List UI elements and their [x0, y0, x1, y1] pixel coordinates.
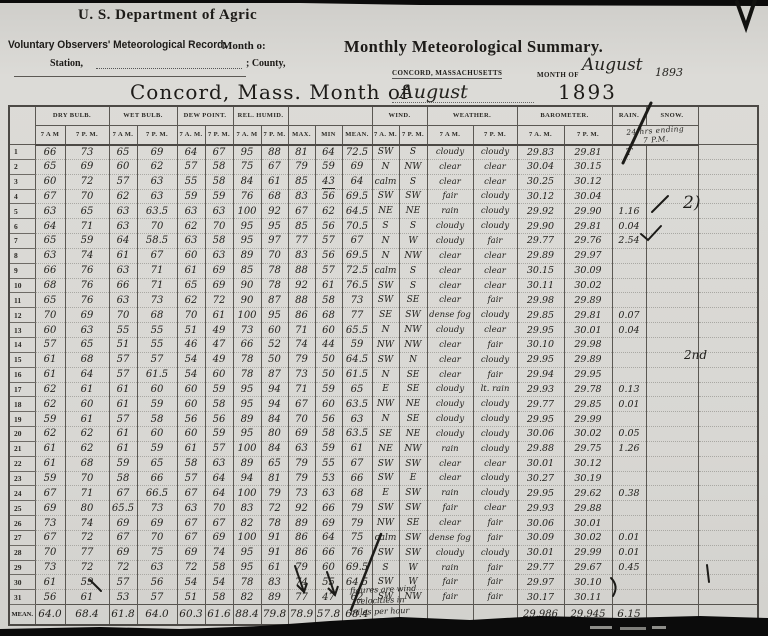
cell-mean: 77 [342, 308, 372, 323]
sub-header: 7 P. M. [564, 125, 612, 145]
cell-dry-7am: 62 [35, 427, 65, 442]
cell-snow [646, 263, 698, 278]
cell-dry-7pm: 61 [65, 382, 109, 397]
cell-wet-7am: 70 [109, 308, 137, 323]
cell-mean: 69.5 [342, 560, 372, 575]
cell-weather-7am: fair [427, 590, 473, 605]
day-number: 24 [9, 486, 35, 501]
cell-weather-7pm: cloudy [473, 427, 517, 442]
scan-smudge-2 [620, 627, 646, 630]
cell-weather-7pm: fair [473, 590, 517, 605]
day-row: 297372726372589561796069.5SWrainfair29.7… [9, 560, 758, 575]
mean-dry-7pm: 68.4 [65, 605, 109, 625]
cell-wind-7am: NW [372, 516, 399, 531]
cell-weather-7pm: fair [473, 530, 517, 545]
cell-margin [698, 308, 758, 323]
cell-humid-7am: 73 [233, 323, 261, 338]
cell-min: 56 [315, 189, 342, 204]
cell-bar-7pm: 29.89 [564, 352, 612, 367]
cell-dew-7am: 62 [177, 293, 205, 308]
cell-dry-7pm: 62 [65, 427, 109, 442]
cell-bar-7pm: 30.19 [564, 471, 612, 486]
cell-mean: 69 [342, 159, 372, 174]
day-number: 9 [9, 263, 35, 278]
cell-wind-7pm: NW [399, 248, 427, 263]
cell-dry-7am: 68 [35, 278, 65, 293]
summary-title: Monthly Meteorological Summary. [344, 37, 603, 57]
mean-dew-7am: 60.3 [177, 605, 205, 625]
cell-wind-7am: NW [372, 397, 399, 412]
day-row: 16673656964679588816472.5SWScloudycloudy… [9, 145, 758, 160]
cell-dew-7am: 72 [177, 560, 205, 575]
cell-bar-7pm: 29.81 [564, 308, 612, 323]
cell-wind-7pm: NW [399, 159, 427, 174]
cell-weather-7am: fair [427, 189, 473, 204]
cell-bar-7am: 30.04 [517, 159, 564, 174]
cell-mean: 70.5 [342, 219, 372, 234]
cell-weather-7am: cloudy [427, 219, 473, 234]
cell-weather-7am: clear [427, 337, 473, 352]
cell-dew-7am: 56 [177, 412, 205, 427]
mean-max: 78.9 [288, 605, 315, 625]
cell-rain [612, 337, 646, 352]
cell-min: 60 [315, 560, 342, 575]
cell-rain [612, 293, 646, 308]
day-number: 13 [9, 323, 35, 338]
cell-weather-7am: clear [427, 248, 473, 263]
cell-wet-7am: 63 [109, 263, 137, 278]
cell-humid-7am: 95 [233, 560, 261, 575]
cell-mean: 69.5 [342, 189, 372, 204]
cell-dry-7pm: 59 [65, 234, 109, 249]
cell-humid-7pm: 70 [261, 248, 288, 263]
cell-humid-7am: 76 [233, 189, 261, 204]
cell-humid-7pm: 94 [261, 397, 288, 412]
cell-wet-7pm: 63 [137, 189, 177, 204]
sub-header: 7 A. M [233, 125, 261, 145]
cell-wet-7pm: 56 [137, 575, 177, 590]
sub-header: 7 P. M. [473, 125, 517, 145]
cell-min: 50 [315, 367, 342, 382]
cell-wet-7am: 72 [109, 560, 137, 575]
day-number: 5 [9, 204, 35, 219]
cell-weather-7am: clear [427, 456, 473, 471]
cell-humid-7am: 66 [233, 337, 261, 352]
cell-humid-7pm: 95 [261, 219, 288, 234]
cell-weather-7am: cloudy [427, 323, 473, 338]
cell-margin [698, 456, 758, 471]
sub-header: 7 P. M. [261, 125, 288, 145]
cell-wind-7pm: SW [399, 530, 427, 545]
cell-bar-7am: 30.09 [517, 530, 564, 545]
cell-humid-7am: 89 [233, 248, 261, 263]
cell-wet-7pm: 63.5 [137, 204, 177, 219]
cell-snow [646, 293, 698, 308]
day-row: 36072576355588461854364calmSclearclear30… [9, 174, 758, 189]
cell-humid-7pm: 80 [261, 427, 288, 442]
cell-dry-7am: 61 [35, 441, 65, 456]
cell-margin [698, 159, 758, 174]
mean-weather-7am [427, 605, 473, 625]
cell-dry-7am: 66 [35, 145, 65, 160]
day-number: 27 [9, 530, 35, 545]
cell-snow [646, 397, 698, 412]
sub-header: MAX. [288, 125, 315, 145]
cell-min: 57 [315, 263, 342, 278]
sub-header: 7 A. M. [517, 125, 564, 145]
cell-dew-7am: 51 [177, 590, 205, 605]
cell-dry-7pm: 69 [65, 159, 109, 174]
cell-wind-7pm: N [399, 352, 427, 367]
cell-mean: 67 [342, 456, 372, 471]
cell-min: 66 [315, 545, 342, 560]
day-row: 186260615960589594676063.5NWNEcloudyclou… [9, 397, 758, 412]
group-header: WEATHER. [427, 106, 517, 125]
cell-dry-7am: 60 [35, 323, 65, 338]
day-row: 176261616060599594715965ESEcloudylt. rai… [9, 382, 758, 397]
cell-mean: 59 [342, 337, 372, 352]
cell-humid-7pm: 94 [261, 382, 288, 397]
sub-header: 7 P. M. [65, 125, 109, 145]
cell-max: 74 [288, 337, 315, 352]
cell-wind-7pm: SW [399, 545, 427, 560]
cell-weather-7pm: clear [473, 323, 517, 338]
cell-bar-7am: 30.06 [517, 516, 564, 531]
cell-weather-7pm: cloudy [473, 545, 517, 560]
stamp-month-label: MONTH OF [537, 71, 579, 79]
cell-bar-7pm: 30.12 [564, 456, 612, 471]
cell-dew-7pm: 74 [205, 545, 233, 560]
cell-dry-7pm: 61 [65, 412, 109, 427]
cell-humid-7am: 95 [233, 427, 261, 442]
cell-rain [612, 501, 646, 516]
cell-wind-7am: SE [372, 308, 399, 323]
cell-dew-7pm: 64 [205, 486, 233, 501]
cell-dry-7am: 61 [35, 456, 65, 471]
cell-dry-7pm: 76 [65, 263, 109, 278]
cell-humid-7am: 100 [233, 441, 261, 456]
cell-humid-7am: 95 [233, 545, 261, 560]
cell-weather-7am: clear [427, 367, 473, 382]
cell-bar-7am: 29.88 [517, 441, 564, 456]
cell-wind-7am: NW [372, 337, 399, 352]
cell-dew-7pm: 58 [205, 397, 233, 412]
cell-weather-7pm: fair [473, 560, 517, 575]
cell-dry-7am: 73 [35, 560, 65, 575]
cell-rain: 1.16 [612, 204, 646, 219]
cell-max: 69 [288, 427, 315, 442]
mean-dew-7pm: 61.6 [205, 605, 233, 625]
cell-dew-7am: 55 [177, 174, 205, 189]
cell-snow [646, 159, 698, 174]
cell-dew-7pm: 56 [205, 412, 233, 427]
cell-weather-7am: cloudy [427, 397, 473, 412]
cell-snow [646, 145, 698, 160]
cell-humid-7pm: 89 [261, 590, 288, 605]
cell-bar-7am: 30.01 [517, 545, 564, 560]
cell-wet-7am: 63 [109, 293, 137, 308]
cell-wind-7am: SW [372, 456, 399, 471]
cell-wind-7pm: NE [399, 427, 427, 442]
cell-dry-7pm: 68 [65, 456, 109, 471]
cell-dry-7am: 59 [35, 412, 65, 427]
cell-wind-7am: N [372, 412, 399, 427]
cell-wind-7pm: S [399, 219, 427, 234]
cell-snow [646, 501, 698, 516]
cell-humid-7am: 78 [233, 367, 261, 382]
cell-margin [698, 530, 758, 545]
cell-rain [612, 189, 646, 204]
cell-dew-7am: 54 [177, 352, 205, 367]
table-el: 30.27 [527, 473, 554, 486]
cell-bar-7am: 29.95 [517, 352, 564, 367]
cell-dew-7pm: 47 [205, 337, 233, 352]
cell-weather-7am: cloudy [427, 145, 473, 160]
cell-wet-7pm: 73 [137, 501, 177, 516]
cell-humid-7pm: 87 [261, 367, 288, 382]
cell-humid-7am: 100 [233, 486, 261, 501]
cell-min: 56 [315, 412, 342, 427]
cell-dry-7pm: 62 [65, 441, 109, 456]
cell-wet-7pm: 60 [137, 382, 177, 397]
cell-wet-7am: 57 [109, 575, 137, 590]
cell-wind-7am: N [372, 159, 399, 174]
cell-wind-7pm: SE [399, 382, 427, 397]
cell-wet-7pm: 68 [137, 308, 177, 323]
cell-mean: 64 [342, 174, 372, 189]
cell-humid-7am: 78 [233, 575, 261, 590]
group-header: DEW POINT. [177, 106, 233, 125]
cell-wet-7pm: 65 [137, 456, 177, 471]
cell-weather-7pm: clear [473, 501, 517, 516]
cell-min: 59 [315, 382, 342, 397]
cell-snow [646, 308, 698, 323]
cell-weather-7am: rain [427, 560, 473, 575]
day-row: 2161626159615710084635961NENWraincloudy2… [9, 441, 758, 456]
cell-dry-7am: 67 [35, 486, 65, 501]
cell-max: 79 [288, 352, 315, 367]
cell-max: 67 [288, 397, 315, 412]
cell-bar-7pm: 29.99 [564, 545, 612, 560]
cell-dry-7pm: 65 [65, 337, 109, 352]
cell-mean: 76.5 [342, 278, 372, 293]
cell-weather-7am: clear [427, 174, 473, 189]
cell-dew-7am: 58 [177, 456, 205, 471]
cell-margin [698, 145, 758, 160]
cell-bar-7am: 29.89 [517, 248, 564, 263]
table-el: 16673656964679588816472.5SWScloudycloudy… [9, 145, 758, 605]
cell-wind-7am: SW [372, 471, 399, 486]
cell-max: 67 [288, 204, 315, 219]
cell-humid-7am: 100 [233, 530, 261, 545]
cell-min: 61 [315, 278, 342, 293]
cell-dew-7pm: 59 [205, 427, 233, 442]
cell-weather-7am: dense fog [427, 308, 473, 323]
cell-dew-7am: 67 [177, 516, 205, 531]
cell-wet-7am: 62 [109, 189, 137, 204]
cell-weather-7am: fair [427, 501, 473, 516]
cell-dew-7pm: 49 [205, 323, 233, 338]
sub-header: 7 A M. [109, 125, 137, 145]
cell-dew-7pm: 69 [205, 263, 233, 278]
cell-wind-7pm: S [399, 174, 427, 189]
day-number: 18 [9, 397, 35, 412]
cell-bar-7pm: 29.67 [564, 560, 612, 575]
cell-rain: T [612, 145, 646, 160]
cell-bar-7pm: 29.78 [564, 382, 612, 397]
cell-humid-7pm: 97 [261, 234, 288, 249]
cell-mean: 63 [342, 412, 372, 427]
cell-wind-7pm: SE [399, 516, 427, 531]
day-row: 563656363.5636310092676264.5NENErainclou… [9, 204, 758, 219]
cell-wind-7am: N [372, 367, 399, 382]
cell-snow [646, 427, 698, 442]
cell-bar-7pm: 30.02 [564, 427, 612, 442]
cell-dew-7pm: 72 [205, 293, 233, 308]
cell-dew-7am: 67 [177, 530, 205, 545]
cell-dew-7am: 70 [177, 308, 205, 323]
cell-bar-7am: 29.90 [517, 219, 564, 234]
cell-wet-7am: 57 [109, 174, 137, 189]
cell-rain: 2.54 [612, 234, 646, 249]
cell-margin [698, 427, 758, 442]
cell-weather-7pm: fair [473, 337, 517, 352]
cell-rain: 0.07 [612, 308, 646, 323]
cell-wind-7pm: SE [399, 293, 427, 308]
cell-wind-7pm: E [399, 471, 427, 486]
cell-wind-7am: E [372, 486, 399, 501]
cell-weather-7pm: clear [473, 278, 517, 293]
day-number: 30 [9, 575, 35, 590]
cell-wet-7pm: 60 [137, 427, 177, 442]
cell-wind-7am: S [372, 560, 399, 575]
cell-dry-7am: 67 [35, 530, 65, 545]
cell-wind-7am: calm [372, 174, 399, 189]
cell-humid-7pm: 88 [261, 145, 288, 160]
cell-humid-7am: 95 [233, 145, 261, 160]
cell-wet-7pm: 62 [137, 159, 177, 174]
cell-dry-7pm: 74 [65, 248, 109, 263]
cell-max: 71 [288, 382, 315, 397]
day-row: 1270697068706110095866877SESWdense fogcl… [9, 308, 758, 323]
cell-bar-7am: 29.83 [517, 145, 564, 160]
cell-bar-7pm: 29.81 [564, 219, 612, 234]
cell-bar-7pm: 29.81 [564, 145, 612, 160]
cell-wet-7pm: 58.5 [137, 234, 177, 249]
cell-wind-7am: SE [372, 427, 399, 442]
cell-wet-7pm: 63 [137, 560, 177, 575]
cell-humid-7am: 95 [233, 234, 261, 249]
cell-rain [612, 516, 646, 531]
cell-wind-7am: calm [372, 530, 399, 545]
table-el: 92 [295, 280, 308, 293]
cell-bar-7am: 29.95 [517, 486, 564, 501]
cell-dew-7am: 54 [177, 575, 205, 590]
cell-dry-7am: 66 [35, 263, 65, 278]
cell-dew-7am: 60 [177, 382, 205, 397]
cell-weather-7pm: fair [473, 234, 517, 249]
cell-margin [698, 263, 758, 278]
cell-max: 88 [288, 263, 315, 278]
group-header: RAIN. [612, 106, 646, 125]
cell-rain: 1.26 [612, 441, 646, 456]
page-title-month-handwritten: August [400, 81, 468, 103]
cell-wet-7pm: 70 [137, 530, 177, 545]
cell-mean: 61.5 [342, 367, 372, 382]
cell-rain [612, 278, 646, 293]
scanned-document-page: { "document": { "dept_line": "U. S. Depa… [0, 0, 768, 636]
cell-snow [646, 382, 698, 397]
cell-weather-7am: cloudy [427, 412, 473, 427]
cell-bar-7am: 30.10 [517, 337, 564, 352]
cell-weather-7pm: cloudy [473, 486, 517, 501]
cell-weather-7am: cloudy [427, 382, 473, 397]
day-row: 235970586657649481795366SWEclearcloudy30… [9, 471, 758, 486]
cell-dew-7pm: 59 [205, 382, 233, 397]
cell-dry-7am: 59 [35, 471, 65, 486]
cell-dry-7am: 62 [35, 382, 65, 397]
cell-bar-7pm: 30.15 [564, 159, 612, 174]
cell-weather-7am: clear [427, 352, 473, 367]
cell-dry-7pm: 64 [65, 367, 109, 382]
group-header: REL. HUMID. [233, 106, 288, 125]
cell-bar-7am: 29.93 [517, 501, 564, 516]
cell-bar-7pm: 30.10 [564, 575, 612, 590]
cell-min: 59 [315, 441, 342, 456]
cell-margin [698, 382, 758, 397]
cell-rain: 0.04 [612, 323, 646, 338]
cell-humid-7pm: 72 [261, 501, 288, 516]
cell-snow [646, 530, 698, 545]
cell-margin [698, 516, 758, 531]
cell-snow [646, 248, 698, 263]
cell-rain [612, 590, 646, 605]
cell-humid-7am: 90 [233, 278, 261, 293]
cell-dew-7pm: 70 [205, 501, 233, 516]
cell-wind-7pm: SW [399, 189, 427, 204]
cell-margin [698, 367, 758, 382]
day-row: 25698065.57363708372926679SWSWfairclear2… [9, 501, 758, 516]
cell-humid-7pm: 65 [261, 456, 288, 471]
cell-mean: 76 [342, 545, 372, 560]
cell-weather-7pm: clear [473, 248, 517, 263]
cell-margin [698, 441, 758, 456]
cell-wind-7pm: SE [399, 367, 427, 382]
mean-wet-7am: 61.8 [109, 605, 137, 625]
cell-wind-7pm: SW [399, 456, 427, 471]
cell-wind-7am: N [372, 234, 399, 249]
cell-weather-7am: clear [427, 278, 473, 293]
cell-wet-7am: 61 [109, 248, 137, 263]
cell-weather-7am: clear [427, 293, 473, 308]
cell-wind-7pm: SW [399, 486, 427, 501]
cell-wet-7am: 59 [109, 456, 137, 471]
cell-humid-7am: 83 [233, 501, 261, 516]
cell-mean: 63.5 [342, 427, 372, 442]
cell-margin [698, 471, 758, 486]
cell-bar-7am: 29.94 [517, 367, 564, 382]
cell-dew-7pm: 54 [205, 575, 233, 590]
cell-rain: 0.04 [612, 219, 646, 234]
sub-header: 7 P. M. [399, 125, 427, 145]
cell-wet-7pm: 57 [137, 590, 177, 605]
cell-rain [612, 248, 646, 263]
day-row: 226168596558638965795567SWSWclearclear30… [9, 456, 758, 471]
table-el: 92 [295, 503, 308, 516]
cell-humid-7am: 100 [233, 308, 261, 323]
cell-mean: 75 [342, 530, 372, 545]
cell-bar-7am: 29.95 [517, 323, 564, 338]
